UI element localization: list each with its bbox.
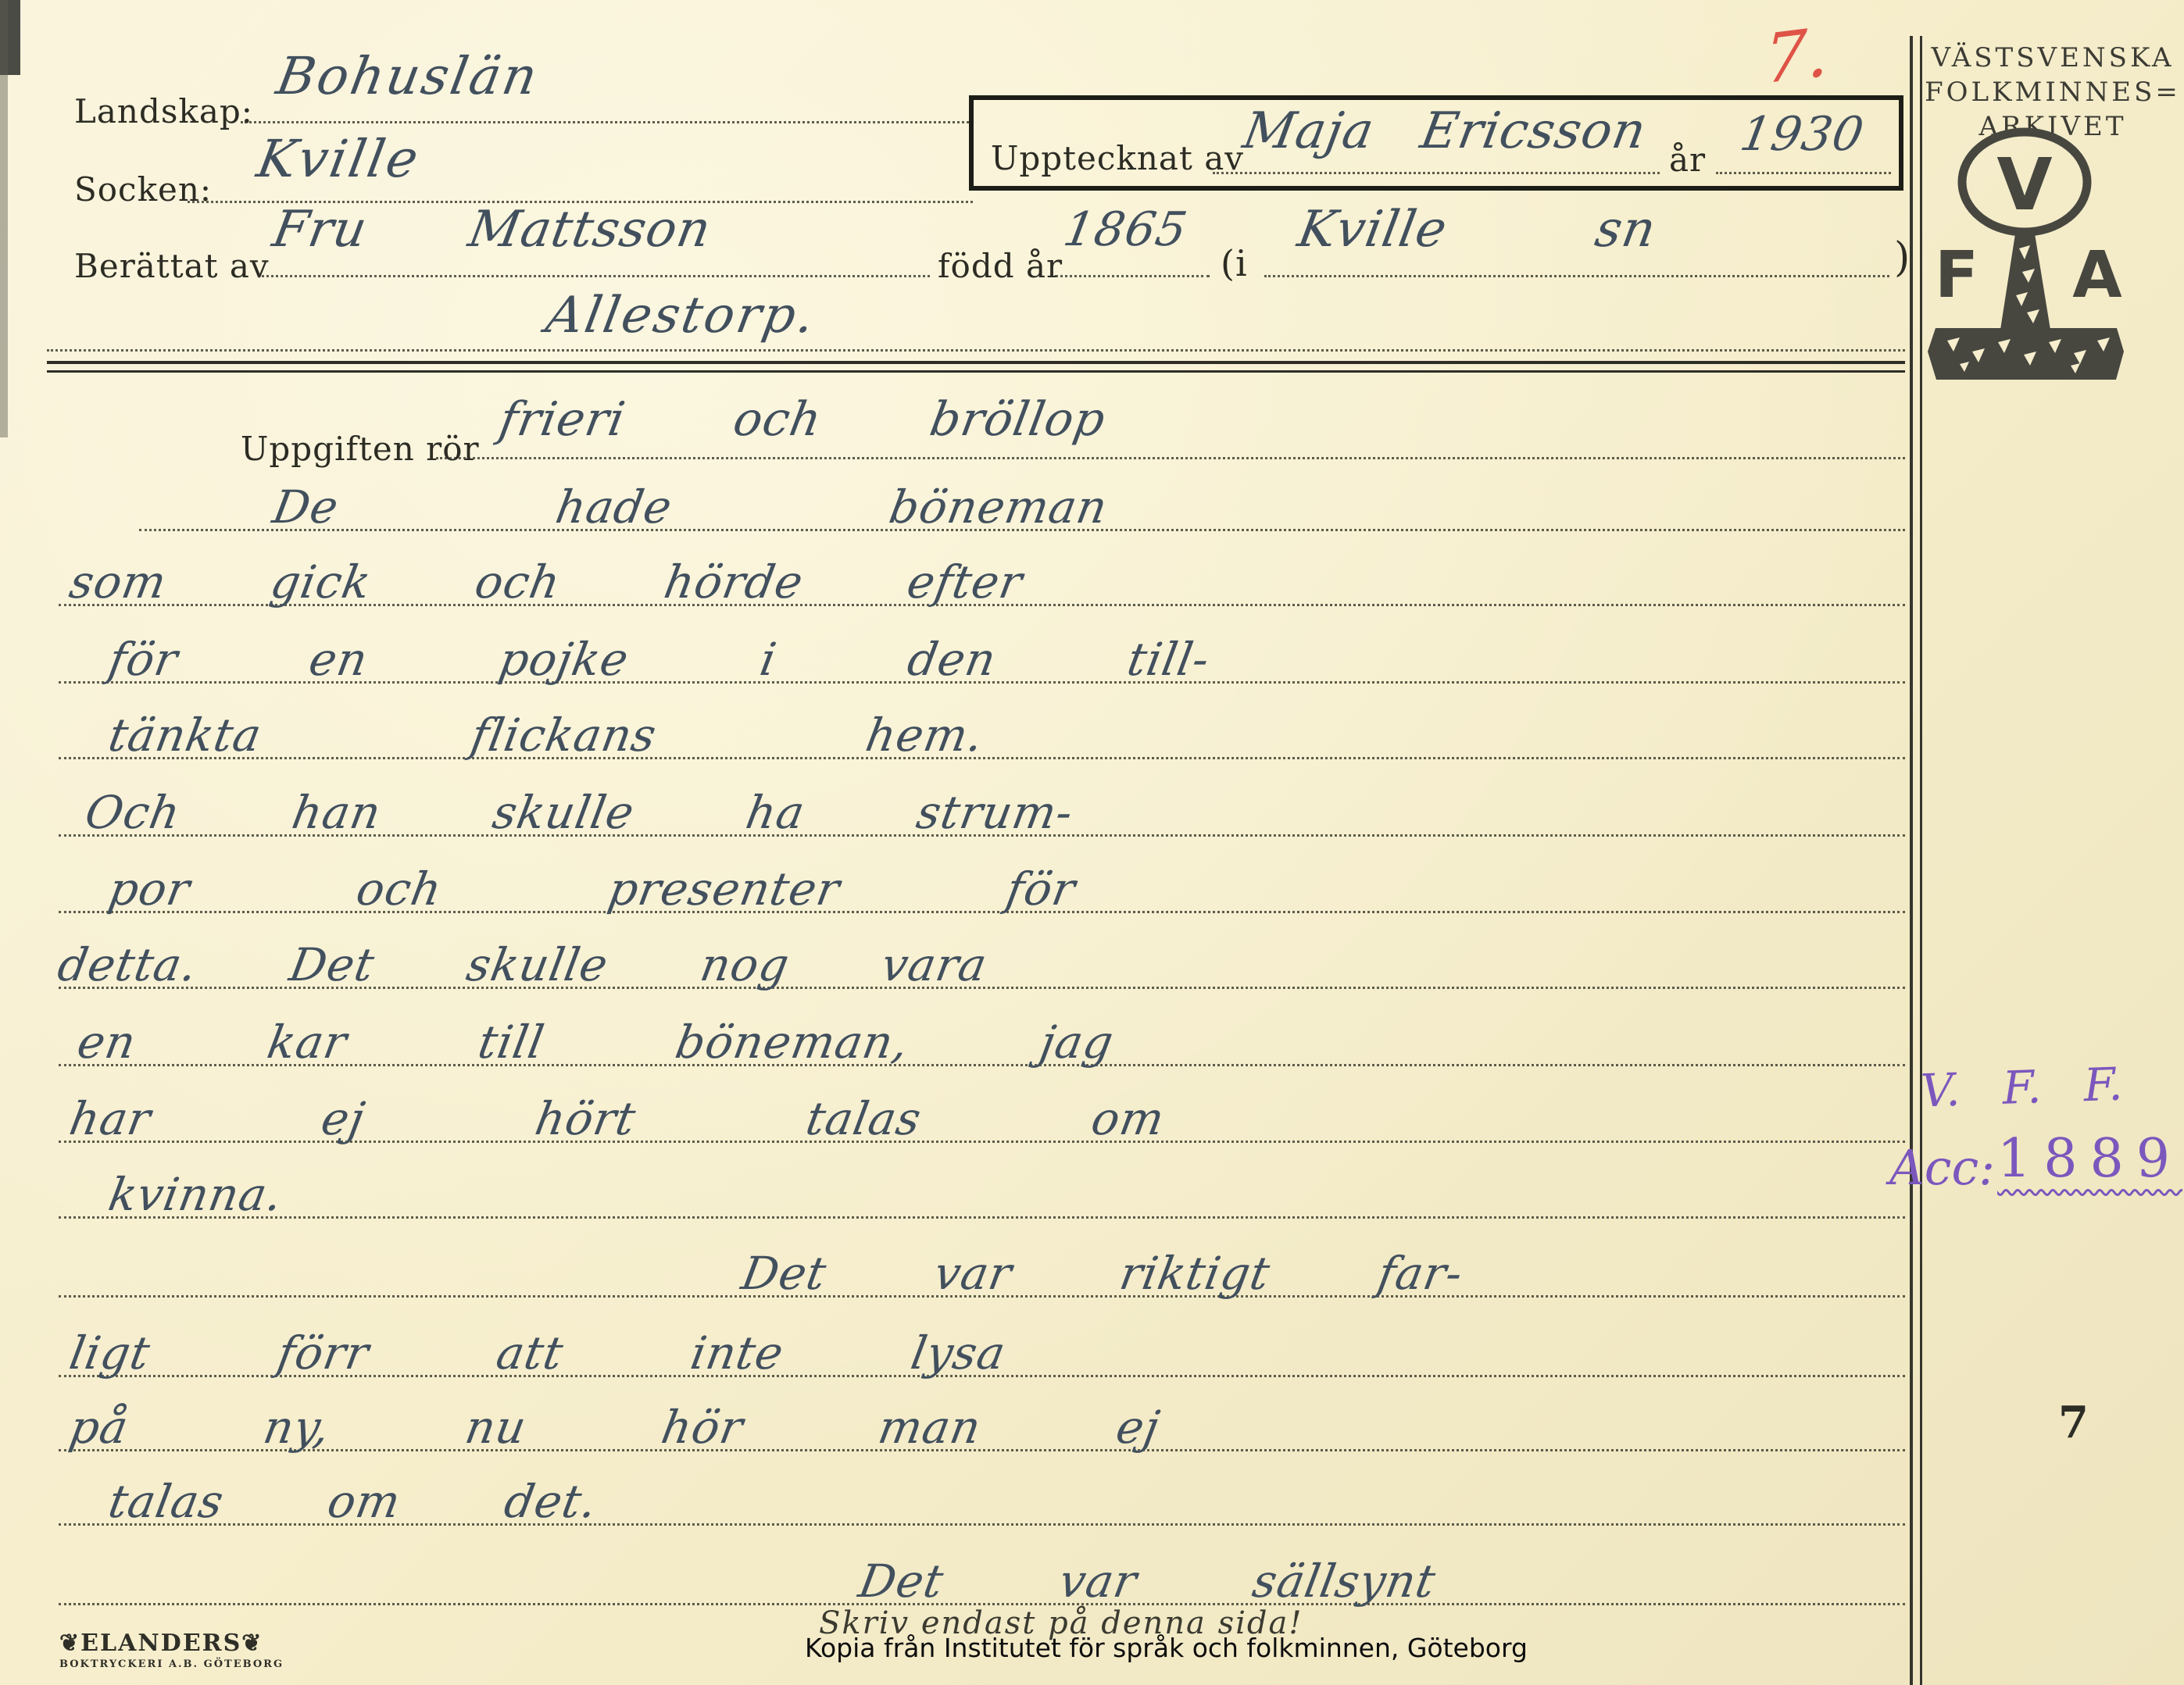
handwritten-line: som gick och hörde efter [66, 557, 1026, 607]
org-name-line2: FOLKMINNES= [1924, 77, 2182, 108]
logo-letter-v: V [1996, 143, 2052, 227]
printer-subtitle: BOKTRYCKERI A.B. GÖTEBORG [59, 1658, 284, 1670]
sidebar-rule-outer [1910, 36, 1913, 1685]
scanned-folklore-record-page: Landskap: Bohuslän Socken: Kville Berätt… [0, 0, 2184, 1685]
stamp-acc-label: Acc: [1889, 1139, 1995, 1196]
handwritten-line: Det var riktigt far- [738, 1248, 1467, 1298]
header-divider-top [47, 361, 1905, 364]
writing-line [59, 1216, 1905, 1219]
copy-watermark-notice: Kopia från Institutet för språk och folk… [805, 1633, 1528, 1663]
landskap-value: Bohuslän [273, 52, 542, 102]
place-dotted-line [1264, 275, 1889, 277]
handwritten-line: Och han skulle ha strum- [81, 787, 1077, 837]
landskap-dotted-line [241, 121, 973, 123]
place-value: Kville sn [1294, 205, 1660, 255]
thors-hammer-logo: V F A [1924, 117, 2127, 391]
address-value: Allestorp. [542, 291, 820, 341]
printer-imprint: ❦ELANDERS❦ BOKTRYCKERI A.B. GÖTEBORG [59, 1630, 284, 1670]
hammer-handle [2000, 229, 2050, 330]
ar-dotted-line [1716, 172, 1891, 174]
header-divider-bottom [47, 370, 1905, 373]
uppgiften-label: Uppgiften rör [241, 430, 480, 468]
stamp-acc-value: 1889 [1997, 1128, 2182, 1190]
fodd-label: född år [938, 247, 1063, 285]
handwritten-line: en kar till böneman, jag [73, 1017, 1117, 1067]
uppgiften-dotted-line [436, 457, 1905, 459]
handwritten-line: Det var sällsynt [855, 1556, 1439, 1606]
org-name-line1: VÄSTSVENSKA [1924, 42, 2182, 73]
handwritten-line: på ny, nu hör man ej [66, 1402, 1163, 1452]
fodd-value: 1865 [1060, 205, 1191, 255]
red-page-annotation: 7. [1764, 13, 1828, 100]
handwritten-line: kvinna. [105, 1169, 286, 1219]
logo-letter-a: A [2072, 238, 2122, 312]
handwritten-line: har ej hört talas om [66, 1094, 1168, 1144]
handwritten-line: tänkta flickans hem. [105, 710, 987, 760]
sidebar-rule-inner [1920, 36, 1922, 1685]
upptecknat-dotted-line [1213, 172, 1660, 174]
berattat-dotted-line [258, 275, 930, 277]
printer-ornament-right-icon: ❦ [241, 1630, 263, 1657]
handwritten-line: för en pojke i den till- [105, 634, 1214, 684]
sheet-number: 7 [2058, 1397, 2089, 1448]
hammer-head [1928, 328, 2124, 380]
ar-label: år [1669, 141, 1706, 179]
logo-letter-f: F [1935, 238, 1978, 312]
handwritten-line: De hade böneman [269, 482, 1111, 532]
ar-value: 1930 [1736, 109, 1868, 159]
uppgiften-value: frieri och bröllop [495, 394, 1109, 444]
berattat-label: Berättat av [74, 247, 270, 285]
handwritten-line: talas om det. [105, 1476, 601, 1526]
handwritten-line: detta. Det skulle nog vara [54, 940, 991, 990]
handwritten-line: por och presenter för [105, 864, 1079, 914]
printer-name: ELANDERS [80, 1630, 241, 1657]
handwritten-line: ligt förr att inte lysa [66, 1328, 1010, 1378]
scan-edge-strip [0, 0, 8, 437]
place-close-paren: ) [1894, 234, 1911, 281]
socken-value: Kville [253, 134, 424, 184]
stamp-vff: V. F. F. [1920, 1058, 2124, 1118]
berattat-value: Fru Mattsson [269, 205, 714, 255]
address-dotted-line [47, 349, 1905, 352]
fodd-dotted-line [1055, 275, 1210, 277]
place-open-paren: (i [1221, 242, 1248, 284]
upptecknat-label: Upptecknat av [991, 139, 1244, 177]
printer-ornament-left-icon: ❦ [59, 1630, 80, 1657]
upptecknat-value: Maja Ericsson [1239, 106, 1650, 156]
landskap-label: Landskap: [74, 92, 253, 130]
